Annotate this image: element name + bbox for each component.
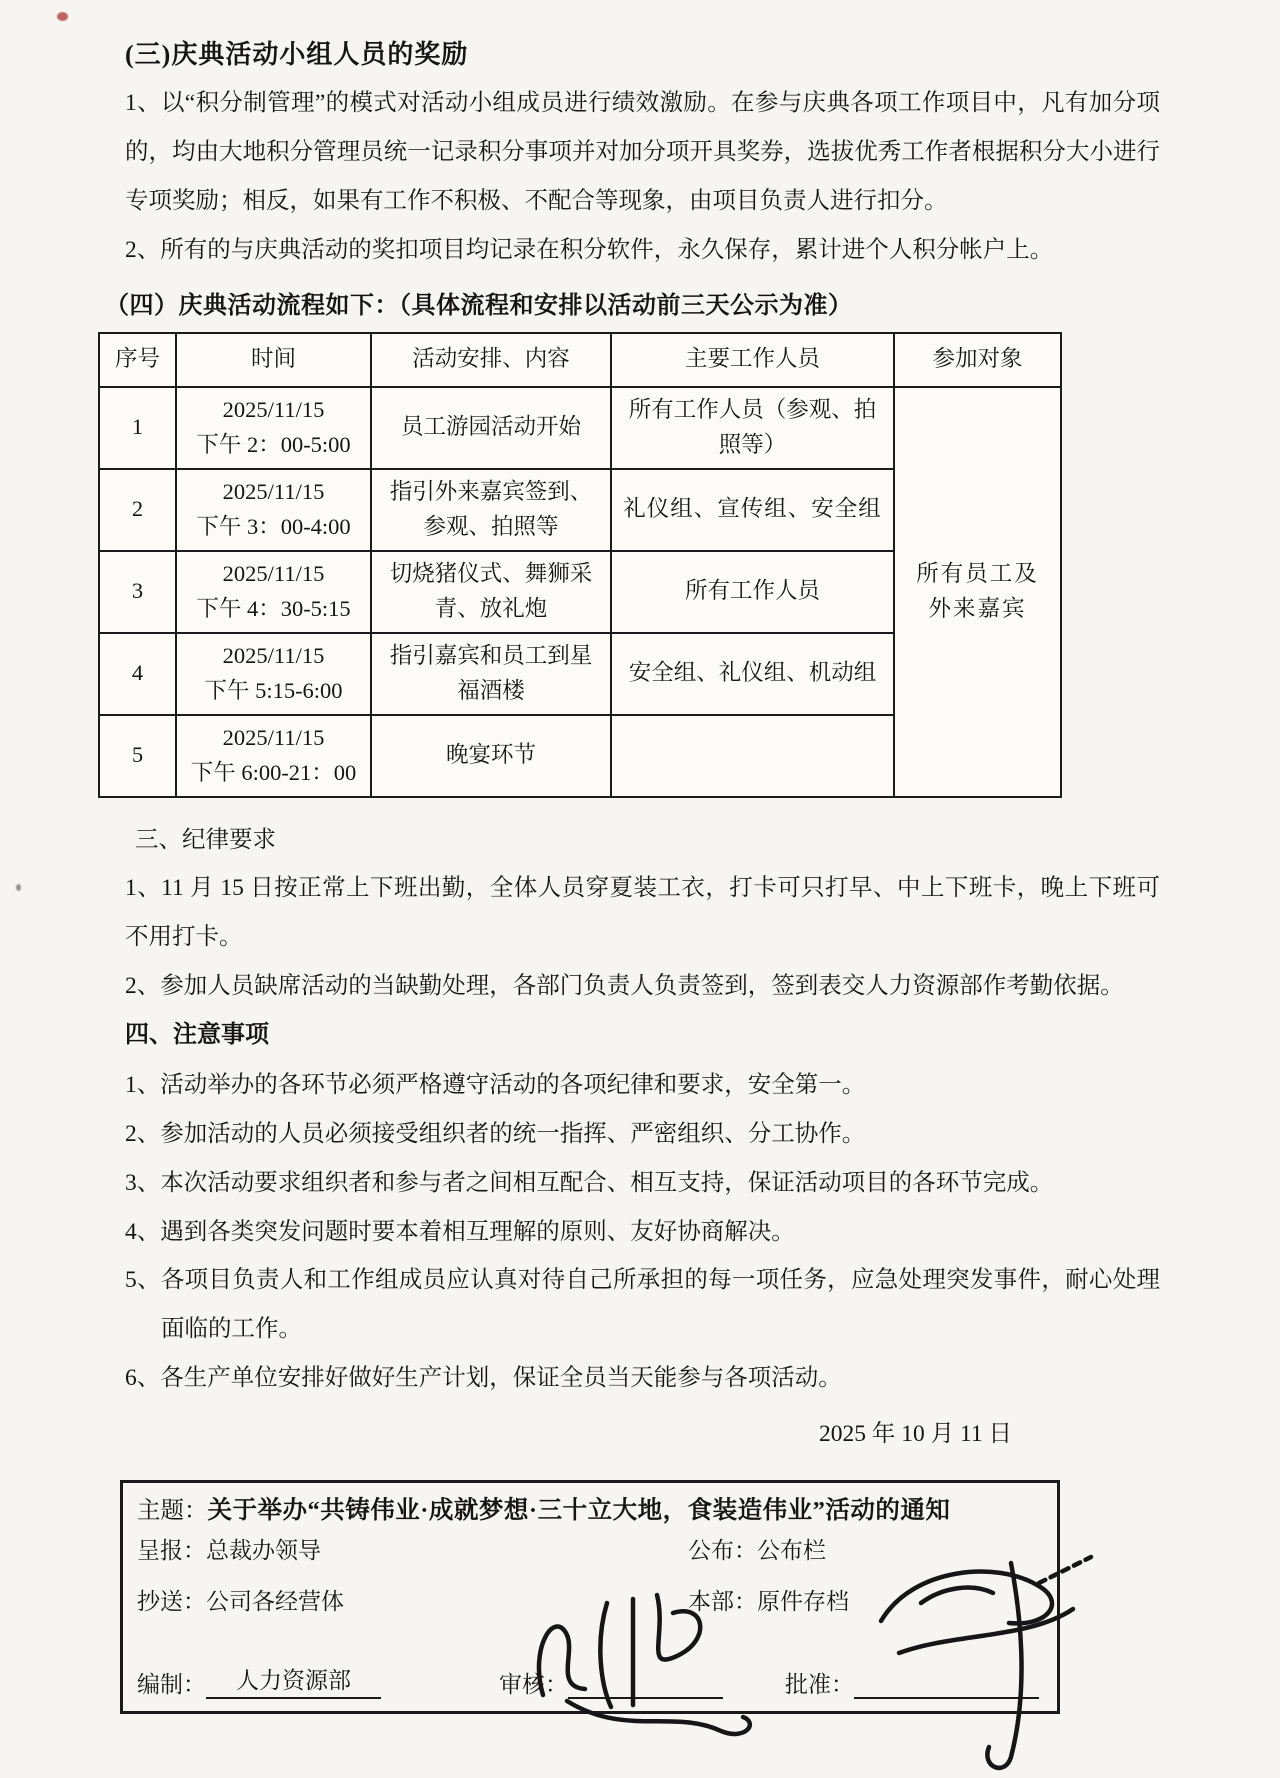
schedule-table: 序号 时间 活动安排、内容 主要工作人员 参加对象 1 2025/11/15 下…	[98, 332, 1062, 798]
subject-label: 主题：	[137, 1498, 208, 1524]
report-value: 总裁办领导	[206, 1538, 321, 1563]
cell-activity: 指引外来嘉宾签到、参观、拍照等	[371, 469, 611, 551]
cell-activity: 指引嘉宾和员工到星福酒楼	[371, 633, 611, 715]
cell-activity: 员工游园活动开始	[371, 387, 611, 469]
copy-label: 抄送：	[137, 1589, 206, 1614]
report-label: 呈报：	[137, 1538, 206, 1563]
cell-time: 2025/11/15 下午 4：30-5:15	[176, 551, 371, 633]
cell-staff	[611, 715, 894, 797]
cell-seq: 1	[99, 387, 176, 469]
prepared-label: 编制：	[137, 1666, 206, 1699]
cell-staff: 礼仪组、宣传组、安全组	[611, 469, 894, 551]
note-item: 5、各项目负责人和工作组成员应认真对待自己所承担的每一项任务，应急处理突发事件，…	[125, 1256, 1160, 1354]
cell-staff: 所有工作人员（参观、拍照等）	[611, 387, 894, 469]
cell-seq: 4	[99, 633, 176, 715]
header-time: 时间	[176, 333, 371, 387]
note-item: 3、本次活动要求组织者和参与者之间相互配合、相互支持，保证活动项目的各环节完成。	[125, 1159, 1160, 1208]
award-paragraph-2: 2、所有的与庆典活动的奖扣项目均记录在积分软件，永久保存，累计进个人积分帐户上。	[125, 226, 1160, 275]
note-item: 4、遇到各类突发问题时要本着相互理解的原则、友好协商解决。	[125, 1208, 1160, 1257]
schedule-section-title: （四）庆典活动流程如下：（具体流程和安排以活动前三天公示为准）	[105, 285, 1160, 320]
cell-time-line: 下午 2：00-5:00	[187, 428, 360, 463]
review-handwritten-signature	[515, 1569, 785, 1729]
report-line: 呈报：总裁办领导	[137, 1532, 321, 1565]
note-item: 1、活动举办的各环节必须严格遵守活动的各项纪律和要求，安全第一。	[125, 1061, 1160, 1110]
subject-value: 关于举办“共铸伟业·成就梦想·三十立大地，食装造伟业”活动的通知	[208, 1497, 951, 1524]
cell-date-line: 2025/11/15	[187, 475, 360, 510]
publish-line: 公布：公布栏	[688, 1532, 826, 1565]
participants-line-2: 外来嘉宾	[905, 592, 1050, 627]
cell-date-line: 2025/11/15	[187, 721, 360, 756]
cell-time-line: 下午 4：30-5:15	[187, 592, 360, 627]
publish-value: 公布栏	[757, 1538, 826, 1563]
subject-line: 主题：关于举办“共铸伟业·成就梦想·三十立大地，食装造伟业”活动的通知	[137, 1491, 950, 1526]
schedule-table-header-row: 序号 时间 活动安排、内容 主要工作人员 参加对象	[99, 333, 1061, 387]
scan-artifact-red-dot	[57, 12, 68, 21]
cell-time: 2025/11/15 下午 5:15-6:00	[176, 633, 371, 715]
document-date: 2025 年 10 月 11 日	[125, 1411, 1160, 1458]
discipline-item: 2、参加人员缺席活动的当缺勤处理，各部门负责人负责签到，签到表交人力资源部作考勤…	[125, 962, 1160, 1011]
participants-line-1: 所有员工及	[905, 557, 1050, 592]
document-page: (三)庆典活动小组人员的奖励 1、以“积分制管理”的模式对活动小组成员进行绩效激…	[0, 0, 1280, 1458]
cell-time-line: 下午 5:15-6:00	[187, 674, 360, 709]
publish-label: 公布：	[688, 1538, 757, 1563]
approve-handwritten-signature	[861, 1545, 1096, 1771]
copy-value: 公司各经营体	[206, 1589, 344, 1614]
cell-seq: 5	[99, 715, 176, 797]
cell-activity: 切烧猪仪式、舞狮采青、放礼炮	[371, 551, 611, 633]
notes-section-title: 四、注意事项	[125, 1011, 1160, 1061]
header-activity: 活动安排、内容	[371, 333, 611, 387]
approval-footer-box: 主题：关于举办“共铸伟业·成就梦想·三十立大地，食装造伟业”活动的通知 呈报：总…	[120, 1480, 1060, 1714]
discipline-item: 1、11 月 15 日按正常上下班出勤，全体人员穿夏装工衣，打卡可只打早、中上下…	[125, 864, 1160, 962]
prepared-value: 人力资源部	[206, 1662, 381, 1699]
award-section-title: (三)庆典活动小组人员的奖励	[125, 34, 1160, 71]
cell-time-line: 下午 3：00-4:00	[187, 510, 360, 545]
award-paragraph-1: 1、以“积分制管理”的模式对活动小组成员进行绩效激励。在参与庆典各项工作项目中，…	[125, 79, 1160, 226]
cell-time: 2025/11/15 下午 3：00-4:00	[176, 469, 371, 551]
cell-time-line: 下午 6:00-21：00	[187, 756, 360, 791]
scan-artifact-speck	[16, 884, 21, 891]
note-item: 2、参加活动的人员必须接受组织者的统一指挥、严密组织、分工协作。	[125, 1110, 1160, 1159]
cell-date-line: 2025/11/15	[187, 557, 360, 592]
note-item: 6、各生产单位安排好做好生产计划，保证全员当天能参与各项活动。	[125, 1354, 1160, 1403]
header-participants: 参加对象	[894, 333, 1061, 387]
cell-time: 2025/11/15 下午 6:00-21：00	[176, 715, 371, 797]
cell-date-line: 2025/11/15	[187, 393, 360, 428]
cell-staff: 所有工作人员	[611, 551, 894, 633]
cell-participants: 所有员工及 外来嘉宾	[894, 387, 1061, 797]
cell-staff: 安全组、礼仪组、机动组	[611, 633, 894, 715]
approve-label: 批准：	[785, 1666, 854, 1699]
header-seq: 序号	[99, 333, 176, 387]
cell-activity: 晚宴环节	[371, 715, 611, 797]
header-staff: 主要工作人员	[611, 333, 894, 387]
cell-date-line: 2025/11/15	[187, 639, 360, 674]
cell-time: 2025/11/15 下午 2：00-5:00	[176, 387, 371, 469]
copy-line: 抄送：公司各经营体	[137, 1583, 344, 1616]
discipline-section-title: 三、纪律要求	[125, 816, 1160, 865]
table-row: 1 2025/11/15 下午 2：00-5:00 员工游园活动开始 所有工作人…	[99, 387, 1061, 469]
cell-seq: 2	[99, 469, 176, 551]
cell-seq: 3	[99, 551, 176, 633]
